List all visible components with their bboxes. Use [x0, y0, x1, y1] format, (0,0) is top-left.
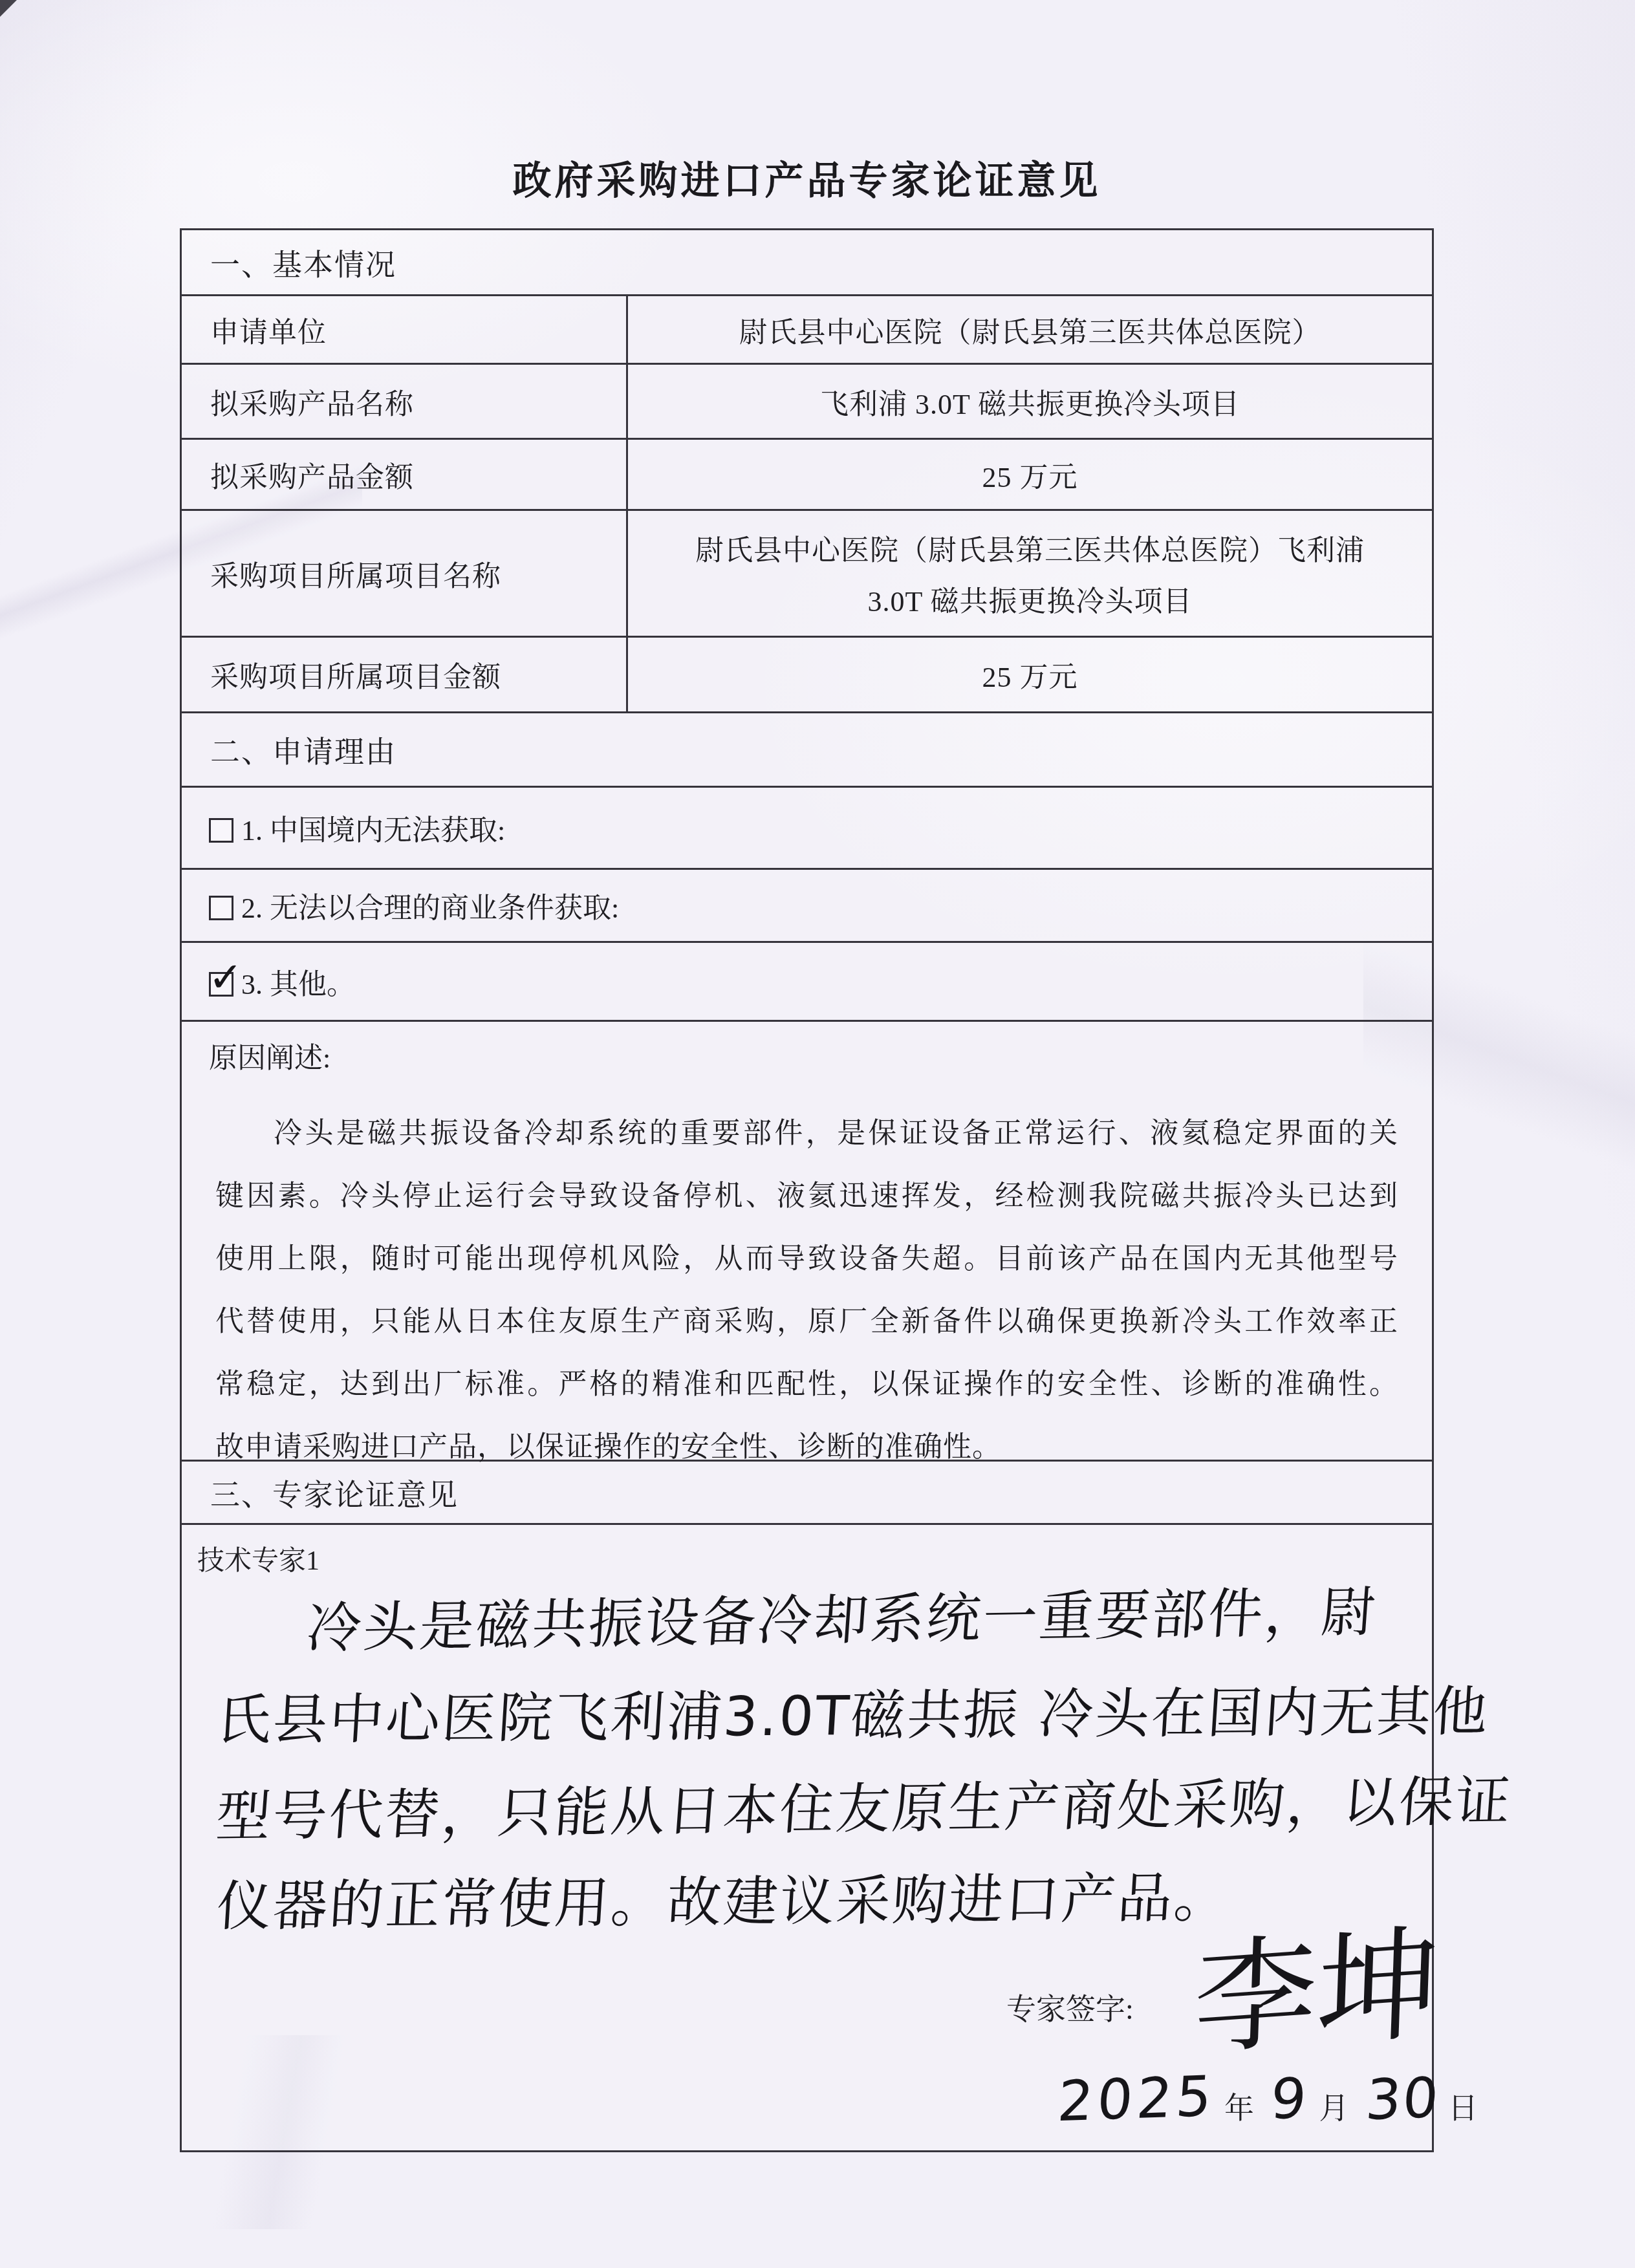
expert-number-label: 技术专家1 — [197, 1539, 319, 1578]
option-line: 1. 中国境内无法获取: — [209, 807, 505, 848]
reason-line: 键因素。冷头停止运行会导致设备停机、液氦迅速挥发，经检测我院磁共振冷头已达到 — [215, 1165, 1398, 1227]
scan-corner-artifact — [0, 0, 17, 17]
option-label: 3. 其他。 — [241, 969, 355, 1000]
date-month-unit: 月 — [1319, 2091, 1349, 2124]
row-value: 25 万元 — [628, 440, 1432, 509]
option-row-other: ✓3. 其他。 — [182, 943, 1432, 1022]
reason-line: 使用上限，随时可能出现停机风险，从而导致设备失超。目前该产品在国内无其他型号 — [215, 1227, 1398, 1290]
reason-line: 冷头是磁共振设备冷却系统的重要部件，是保证设备正常运行、液氦稳定界面的关 — [215, 1102, 1398, 1165]
checkbox-checked-icon: ✓ — [209, 972, 233, 997]
date-day-unit: 日 — [1448, 2091, 1478, 2124]
row-label: 拟采购产品金额 — [182, 440, 628, 509]
table-row-applicant: 申请单位 尉氏县中心医院（尉氏县第三医共体总医院） — [182, 296, 1432, 365]
reason-label: 原因阐述: — [182, 1035, 1432, 1076]
handwritten-opinion-line: 冷头是磁共振设备冷却系统一重要部件，尉 — [305, 1568, 1381, 1663]
table-row-product-amount: 拟采购产品金额 25 万元 — [182, 440, 1432, 511]
row-value: 飞利浦 3.0T 磁共振更换冷头项目 — [628, 365, 1432, 438]
option-line: ✓3. 其他。 — [209, 961, 355, 1002]
date-month-value: 9 — [1268, 2066, 1312, 2132]
handwritten-opinion-line: 仪器的正常使用。故建议采购进口产品。 — [215, 1854, 1233, 1941]
signature-date: 2025年9月30日 — [1058, 2067, 1495, 2132]
option-line: 2. 无法以合理的商业条件获取: — [209, 885, 619, 926]
option-label: 1. 中国境内无法获取: — [241, 815, 505, 847]
expert-signature-name: 李坤 — [1192, 1922, 1442, 2062]
row-label: 拟采购产品名称 — [182, 365, 628, 438]
reason-line: 代替使用，只能从日本住友原生产商采购，原厂全新备件以确保更换新冷头工作效率正 — [215, 1290, 1398, 1353]
row-value: 尉氏县中心医院（尉氏县第三医共体总医院）飞利浦 3.0T 磁共振更换冷头项目 — [628, 511, 1432, 636]
reason-line: 常稳定，达到出厂标准。严格的精准和匹配性，以保证操作的安全性、诊断的准确性。 — [215, 1353, 1398, 1416]
row-value-line: 3.0T 磁共振更换冷头项目 — [867, 578, 1192, 620]
row-value: 尉氏县中心医院（尉氏县第三医共体总医院） — [628, 296, 1432, 363]
table-row-parent-project-name: 采购项目所属项目名称 尉氏县中心医院（尉氏县第三医共体总医院）飞利浦 3.0T … — [182, 511, 1432, 638]
option-row-unreasonable-commercial-terms: 2. 无法以合理的商业条件获取: — [182, 870, 1432, 943]
date-year-value: 2025 — [1056, 2064, 1218, 2134]
row-label: 采购项目所属项目金额 — [182, 638, 628, 711]
document-title: 政府采购进口产品专家论证意见 — [180, 150, 1434, 206]
table-row-parent-project-amount: 采购项目所属项目金额 25 万元 — [182, 638, 1432, 713]
row-value-line: 尉氏县中心医院（尉氏县第三医共体总医院）飞利浦 — [695, 527, 1365, 568]
checkbox-unchecked-icon — [209, 896, 233, 920]
section-header-label: 三、专家论证意见 — [210, 1471, 459, 1514]
section-header-application-reason: 二、申请理由 — [182, 713, 1432, 788]
section-header-label: 二、申请理由 — [210, 728, 396, 771]
reason-paragraph: 冷头是磁共振设备冷却系统的重要部件，是保证设备正常运行、液氦稳定界面的关 键因素… — [182, 1102, 1432, 1478]
document-table: 一、基本情况 申请单位 尉氏县中心医院（尉氏县第三医共体总医院） 拟采购产品名称… — [180, 228, 1434, 2152]
row-value: 25 万元 — [628, 638, 1432, 711]
table-row-product-name: 拟采购产品名称 飞利浦 3.0T 磁共振更换冷头项目 — [182, 365, 1432, 440]
option-row-unavailable-in-china: 1. 中国境内无法获取: — [182, 788, 1432, 870]
handwritten-opinion-line: 型号代替，只能从日本住友原生产商处采购，以保证 — [213, 1758, 1515, 1852]
reason-statement-cell: 原因阐述: 冷头是磁共振设备冷却系统的重要部件，是保证设备正常运行、液氦稳定界面… — [182, 1022, 1432, 1462]
scanned-document-page: 政府采购进口产品专家论证意见 一、基本情况 申请单位 尉氏县中心医院（尉氏县第三… — [0, 0, 1635, 2268]
date-day-value: 30 — [1363, 2066, 1442, 2133]
checkbox-unchecked-icon — [209, 818, 233, 843]
section-header-expert-opinion: 三、专家论证意见 — [182, 1462, 1432, 1525]
expert-signature-label: 专家签字: — [1006, 1985, 1134, 2028]
section-header-label: 一、基本情况 — [210, 241, 396, 284]
check-mark-icon: ✓ — [208, 957, 243, 999]
expert-opinion-cell: 技术专家1 冷头是磁共振设备冷却系统一重要部件，尉 氏县中心医院飞利浦3.0T磁… — [182, 1525, 1432, 2150]
handwritten-opinion-line: 氏县中心医院飞利浦3.0T磁共振 冷头在国内无其他 — [215, 1668, 1492, 1755]
row-label: 采购项目所属项目名称 — [182, 511, 628, 636]
option-label: 2. 无法以合理的商业条件获取: — [241, 892, 619, 924]
section-header-basic-info: 一、基本情况 — [182, 230, 1432, 296]
date-year-unit: 年 — [1224, 2091, 1254, 2124]
row-label: 申请单位 — [182, 296, 628, 363]
